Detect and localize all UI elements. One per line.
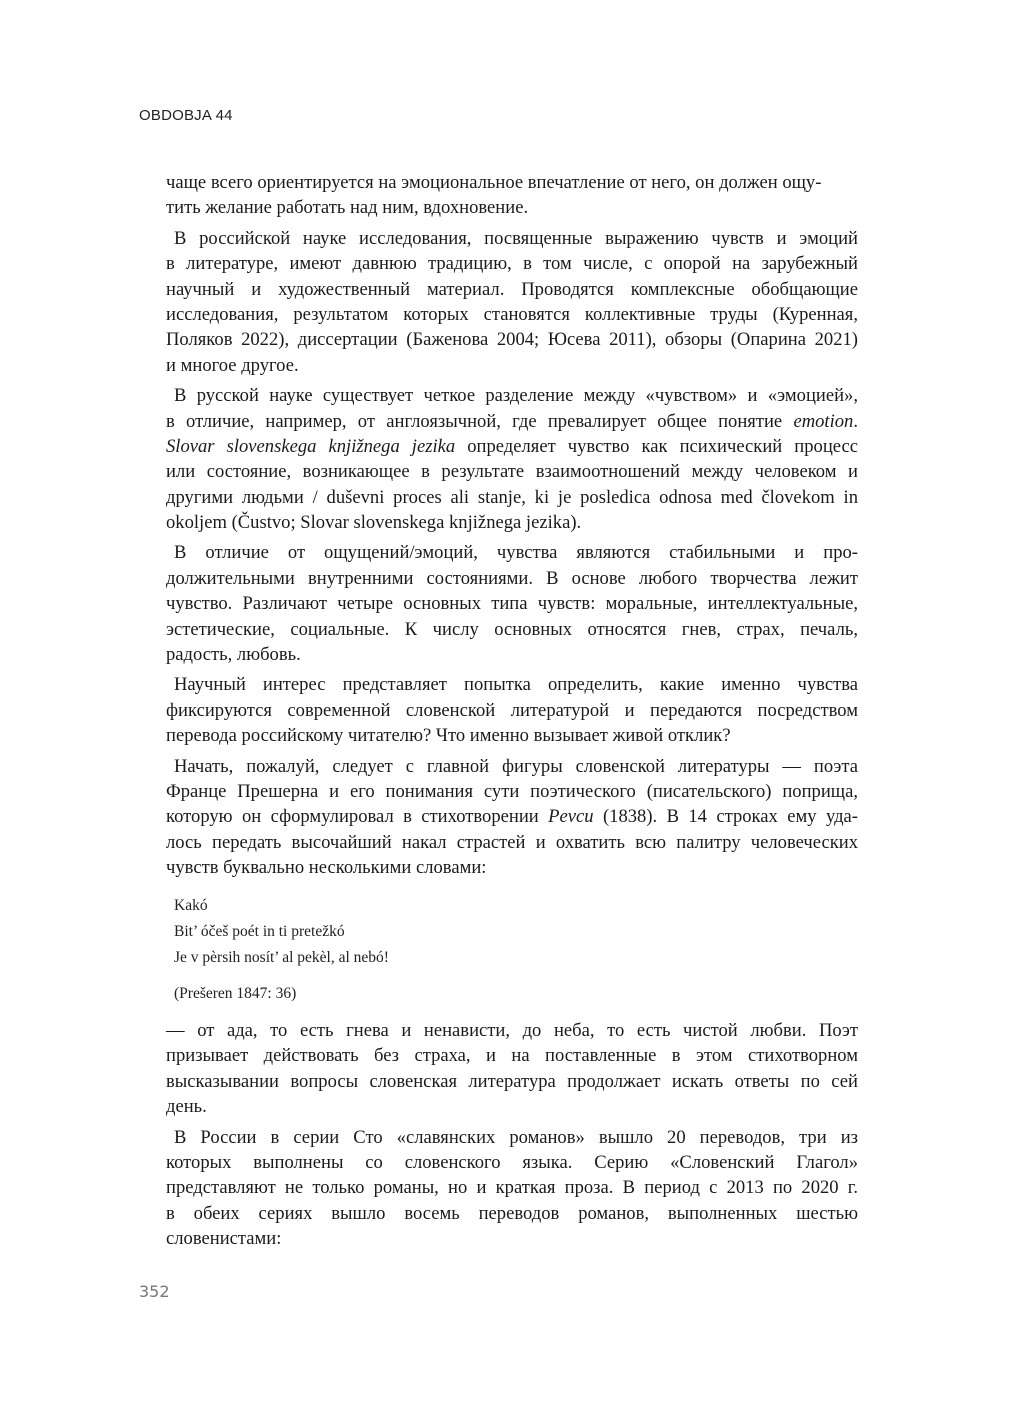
text-line: чаще всего ориентируется на эмоционально… (166, 170, 858, 195)
text-line: в литературе, имеют давнюю традицию, в т… (166, 251, 858, 276)
text-line: радость, любовь. (166, 642, 858, 667)
text-line: тить желание работать над ним, вдохновен… (166, 195, 858, 220)
paragraph: В отличие от ощущений/эмоций, чувства яв… (166, 540, 858, 667)
text-line: и многое другое. (166, 353, 858, 378)
text-line: В русской науке существует четкое раздел… (166, 383, 858, 408)
running-head: OBDOBJA 44 (139, 107, 233, 124)
text-line: чувство. Различают четыре основных типа … (166, 591, 858, 616)
text-line: — от ада, то есть гнева и ненависти, до … (166, 1018, 858, 1043)
text-line: в отличие, например, от англоязычной, гд… (166, 409, 858, 434)
text-line: другими людьми / duševni proces ali stan… (166, 485, 858, 510)
text-line: okoljem (Čustvo; Slovar slovenskega knji… (166, 510, 858, 535)
text-line: В отличие от ощущений/эмоций, чувства яв… (166, 540, 858, 565)
text-line: Начать, пожалуй, следует с главной фигур… (166, 754, 858, 779)
text-line: Научный интерес представляет попытка опр… (166, 672, 858, 697)
paragraph: В российской науке исследования, посвяще… (166, 226, 858, 378)
text-line: высказывании вопросы словенская литерату… (166, 1069, 858, 1094)
verse-line: Bit’ óčeš poét in ti pretežkó (174, 919, 858, 945)
paragraph: чаще всего ориентируется на эмоционально… (166, 170, 858, 221)
verse-line: Je v pèrsih nosít’ al pekèl, al nebó! (174, 945, 858, 971)
verse-quote: Kakó Bit’ óčeš poét in ti pretežkó Je v … (174, 893, 858, 971)
text-line: В России в серии Сто «славянских романов… (166, 1125, 858, 1150)
paragraph: Начать, пожалуй, следует с главной фигур… (166, 754, 858, 881)
document-page: OBDOBJA 44 чаще всего ориентируется на э… (0, 0, 1024, 1412)
text-line: словенистами: (166, 1226, 858, 1251)
paragraph: Научный интерес представляет попытка опр… (166, 672, 858, 748)
paragraph: В России в серии Сто «славянских романов… (166, 1125, 858, 1252)
page-number: 352 (139, 1282, 170, 1301)
text-line: которую он сформулировал в стихотворении… (166, 804, 858, 829)
verse-citation: (Prešeren 1847: 36) (174, 981, 858, 1006)
text-line: должительными внутренними состояниями. В… (166, 566, 858, 591)
text-line: чувств буквально несколькими словами: (166, 855, 858, 880)
text-line: В российской науке исследования, посвяще… (166, 226, 858, 251)
paragraph: В русской науке существует четкое раздел… (166, 383, 858, 535)
text-line: представляют не только романы, но и крат… (166, 1175, 858, 1200)
text-line: лось передать высочайший накал страстей … (166, 830, 858, 855)
body-text: чаще всего ориентируется на эмоционально… (166, 170, 858, 1256)
text-line: Slovar slovenskega knjižnega jezika опре… (166, 434, 858, 459)
text-line: фиксируются современной словенской литер… (166, 698, 858, 723)
text-line: или состояние, возникающее в результате … (166, 459, 858, 484)
text-line: Франце Прешерна и его понимания сути поэ… (166, 779, 858, 804)
text-line: научный и художественный материал. Прово… (166, 277, 858, 302)
text-line: перевода российскому читателю? Что именн… (166, 723, 858, 748)
text-line: исследования, результатом которых станов… (166, 302, 858, 327)
text-line: эстетические, социальные. К числу основн… (166, 617, 858, 642)
text-line: в обеих сериях вышло восемь переводов ро… (166, 1201, 858, 1226)
paragraph: — от ада, то есть гнева и ненависти, до … (166, 1018, 858, 1120)
verse-line: Kakó (174, 893, 858, 919)
text-line: призывает действовать без страха, и на п… (166, 1043, 858, 1068)
text-line: которых выполнены со словенского языка. … (166, 1150, 858, 1175)
text-line: день. (166, 1094, 858, 1119)
text-line: Поляков 2022), диссертации (Баженова 200… (166, 327, 858, 352)
